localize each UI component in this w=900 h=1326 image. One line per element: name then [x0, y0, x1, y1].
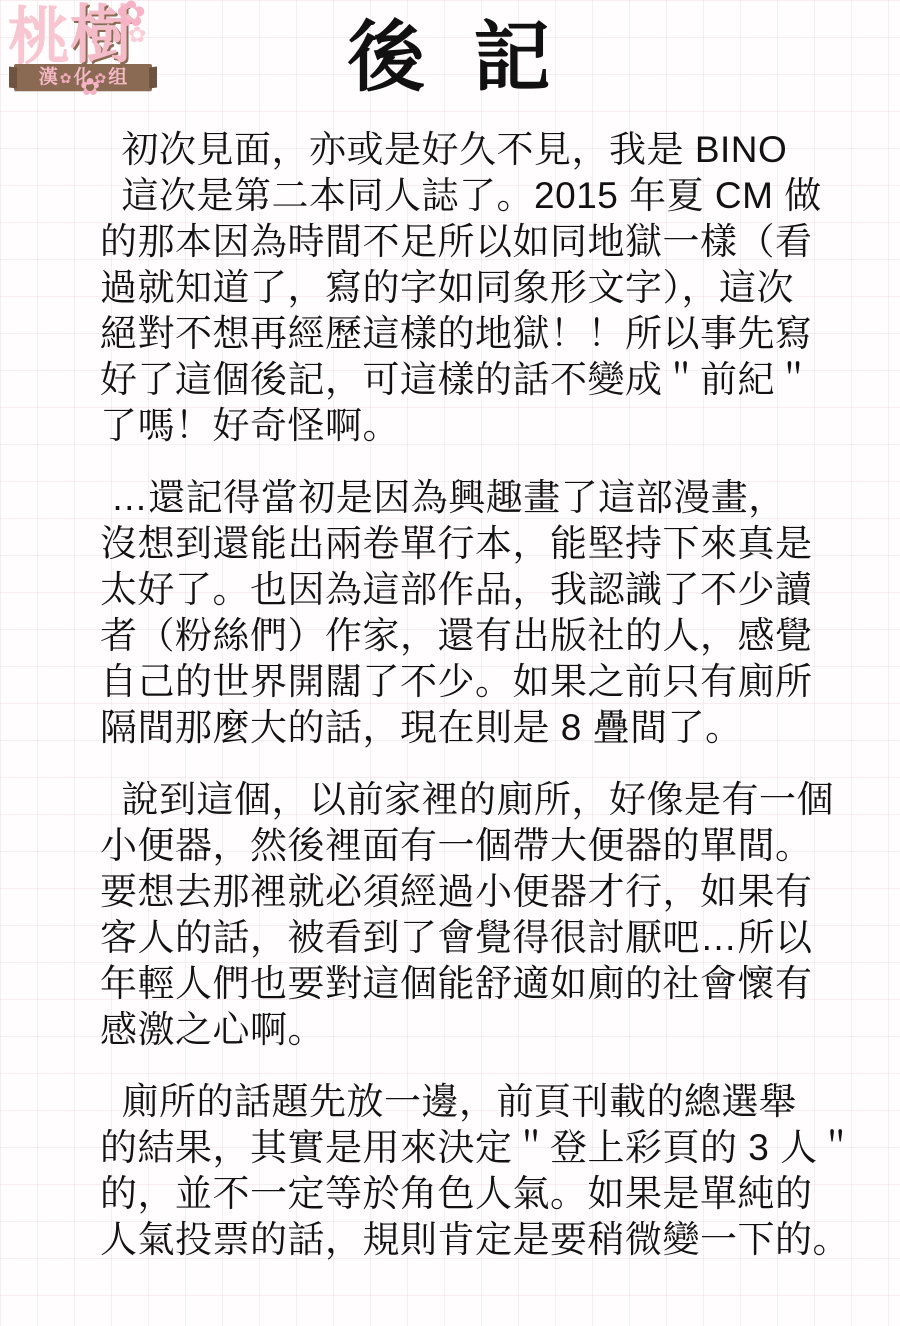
- translation-group-logo: 桃 樹 ✿ ✿ 漢 ✿ 化 ✿ 组 ✿: [4, 0, 164, 104]
- flower-icon: ✿: [80, 76, 100, 100]
- afterword-page: 桃 樹 ✿ ✿ 漢 ✿ 化 ✿ 组 ✿ 後 記 初次見面，亦或是好久不見，我是 …: [0, 14, 900, 1263]
- flower-icon: ✿: [128, 24, 146, 46]
- paragraph-memories: …還記得當初是因為興趣畫了這部漫畫， 沒想到還能出兩卷單行本，能堅持下來真是 太…: [100, 475, 830, 751]
- ribbon-end-left: [9, 66, 17, 88]
- ribbon-char-han: 漢: [39, 68, 58, 87]
- paragraph-intro: 初次見面，亦或是好久不見，我是 BINO 這次是第二本同人誌了。2015 年夏 …: [100, 127, 830, 449]
- flower-icon: ✿: [60, 71, 72, 85]
- logo-char-peach: 桃: [8, 6, 70, 68]
- paragraph-election-results: 廁所的話題先放一邊，前頁刊載的總選舉 的結果，其實是用來決定＂登上彩頁的 3 人…: [100, 1079, 830, 1263]
- paragraph-toilet-story: 說到這個，以前家裡的廁所，好像是有一個 小便器，然後裡面有一個帶大便器的單間。 …: [100, 777, 830, 1053]
- ribbon-end-right: [149, 66, 157, 88]
- afterword-text: 初次見面，亦或是好久不見，我是 BINO 這次是第二本同人誌了。2015 年夏 …: [100, 127, 830, 1263]
- ribbon-char-zu: 组: [108, 68, 127, 87]
